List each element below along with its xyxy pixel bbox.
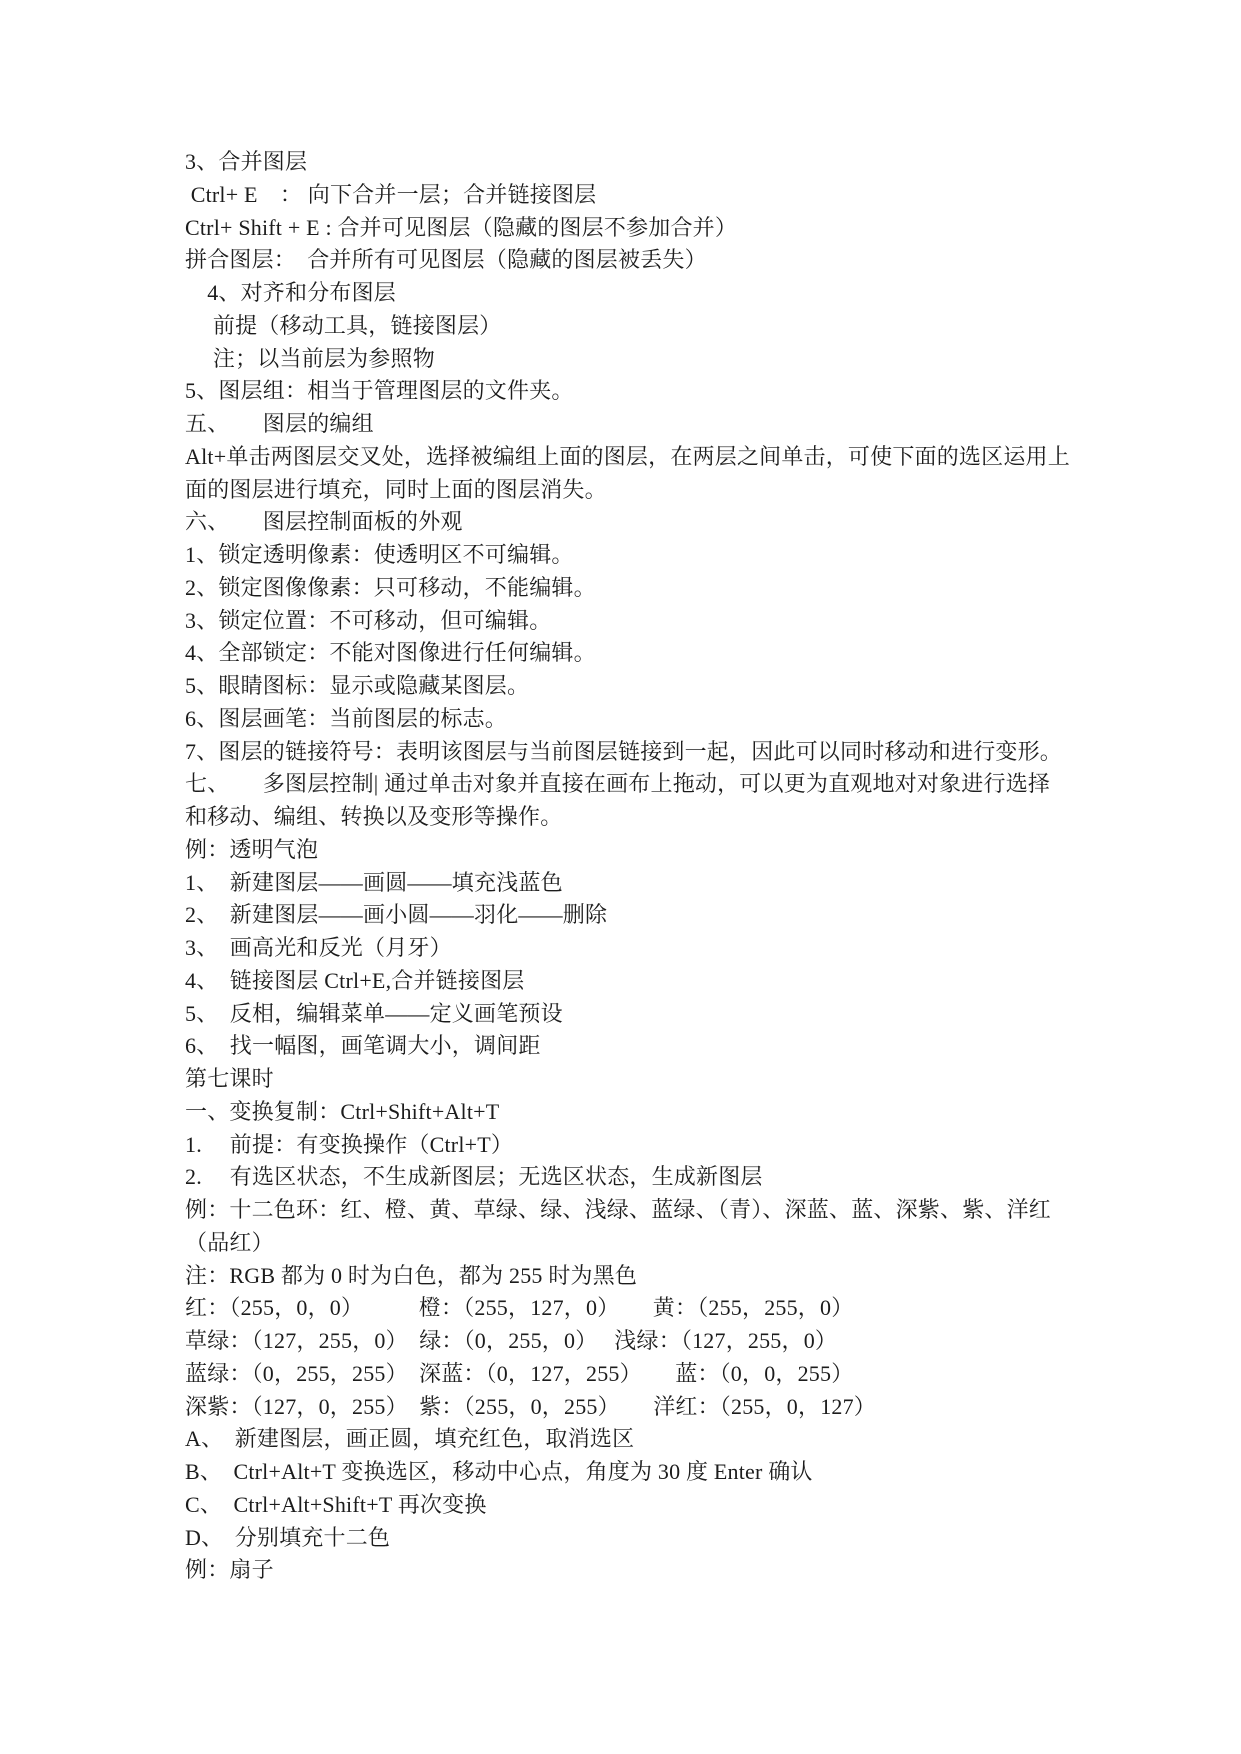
text-line: 蓝绿：（0，255，255） 深蓝：（0，127，255） 蓝：（0，0，255…: [185, 1358, 1090, 1391]
text-line: 5、 反相，编辑菜单——定义画笔预设: [185, 998, 1090, 1031]
text-line: 3、 画高光和反光（月牙）: [185, 932, 1090, 965]
text-line: （品红）: [185, 1227, 1090, 1260]
text-line: 一、变换复制：Ctrl+Shift+Alt+T: [185, 1096, 1090, 1129]
text-line: 2、锁定图像像素：只可移动，不能编辑。: [185, 572, 1090, 605]
text-line: Ctrl+ Shift + E : 合并可见图层（隐藏的图层不参加合并）: [185, 212, 1090, 245]
text-line: 5、眼睛图标：显示或隐藏某图层。: [185, 670, 1090, 703]
text-line: 深紫：（127，0，255） 紫：（255，0，255） 洋红：（255，0，1…: [185, 1391, 1090, 1424]
text-line: 4、对齐和分布图层: [185, 277, 1090, 310]
text-line: Ctrl+ E ： 向下合并一层；合并链接图层: [185, 179, 1090, 212]
text-line: 4、全部锁定：不能对图像进行任何编辑。: [185, 637, 1090, 670]
text-line: 3、锁定位置：不可移动，但可编辑。: [185, 605, 1090, 638]
text-line: Alt+单击两图层交叉处，选择被编组上面的图层，在两层之间单击，可使下面的选区运…: [185, 441, 1090, 474]
text-line: 七、 多图层控制| 通过单击对象并直接在画布上拖动，可以更为直观地对对象进行选择: [185, 768, 1090, 801]
text-line: 第七课时: [185, 1063, 1090, 1096]
text-line: 6、图层画笔：当前图层的标志。: [185, 703, 1090, 736]
text-line: 例：扇子: [185, 1554, 1090, 1587]
text-line: 五、 图层的编组: [185, 408, 1090, 441]
text-line: 1、锁定透明像素：使透明区不可编辑。: [185, 539, 1090, 572]
text-line: 3、合并图层: [185, 146, 1090, 179]
text-line: 前提（移动工具，链接图层）: [185, 310, 1090, 343]
text-line: 例：十二色环：红、橙、黄、草绿、绿、浅绿、蓝绿、（青）、深蓝、蓝、深紫、紫、洋红: [185, 1194, 1090, 1227]
text-line: 6、 找一幅图，画笔调大小，调间距: [185, 1030, 1090, 1063]
text-line: 面的图层进行填充，同时上面的图层消失。: [185, 474, 1090, 507]
text-line: 5、图层组：相当于管理图层的文件夹。: [185, 375, 1090, 408]
document-body: 3、合并图层 Ctrl+ E ： 向下合并一层；合并链接图层Ctrl+ Shif…: [185, 146, 1090, 1587]
text-line: 注；以当前层为参照物: [185, 343, 1090, 376]
text-line: 红：（255，0，0） 橙：（255，127，0） 黄：（255，255，0）: [185, 1292, 1090, 1325]
text-line: C、 Ctrl+Alt+Shift+T 再次变换: [185, 1489, 1090, 1522]
text-line: 2. 有选区状态，不生成新图层；无选区状态，生成新图层: [185, 1161, 1090, 1194]
text-line: 草绿：（127，255，0） 绿：（0，255，0） 浅绿：（127，255，0…: [185, 1325, 1090, 1358]
text-line: 1、 新建图层——画圆——填充浅蓝色: [185, 867, 1090, 900]
text-line: D、 分别填充十二色: [185, 1522, 1090, 1555]
text-line: 和移动、编组、转换以及变形等操作。: [185, 801, 1090, 834]
text-line: 拼合图层： 合并所有可见图层（隐藏的图层被丢失）: [185, 244, 1090, 277]
document-page: 3、合并图层 Ctrl+ E ： 向下合并一层；合并链接图层Ctrl+ Shif…: [0, 0, 1241, 1754]
text-line: 例：透明气泡: [185, 834, 1090, 867]
text-line: 2、 新建图层——画小圆——羽化——删除: [185, 899, 1090, 932]
text-line: 4、 链接图层 Ctrl+E,合并链接图层: [185, 965, 1090, 998]
text-line: 7、图层的链接符号：表明该图层与当前图层链接到一起，因此可以同时移动和进行变形。: [185, 736, 1090, 769]
text-line: 1. 前提：有变换操作（Ctrl+T）: [185, 1129, 1090, 1162]
text-line: 六、 图层控制面板的外观: [185, 506, 1090, 539]
text-line: 注：RGB 都为 0 时为白色，都为 255 时为黑色: [185, 1260, 1090, 1293]
text-line: A、 新建图层，画正圆，填充红色，取消选区: [185, 1423, 1090, 1456]
text-line: B、 Ctrl+Alt+T 变换选区，移动中心点，角度为 30 度 Enter …: [185, 1456, 1090, 1489]
